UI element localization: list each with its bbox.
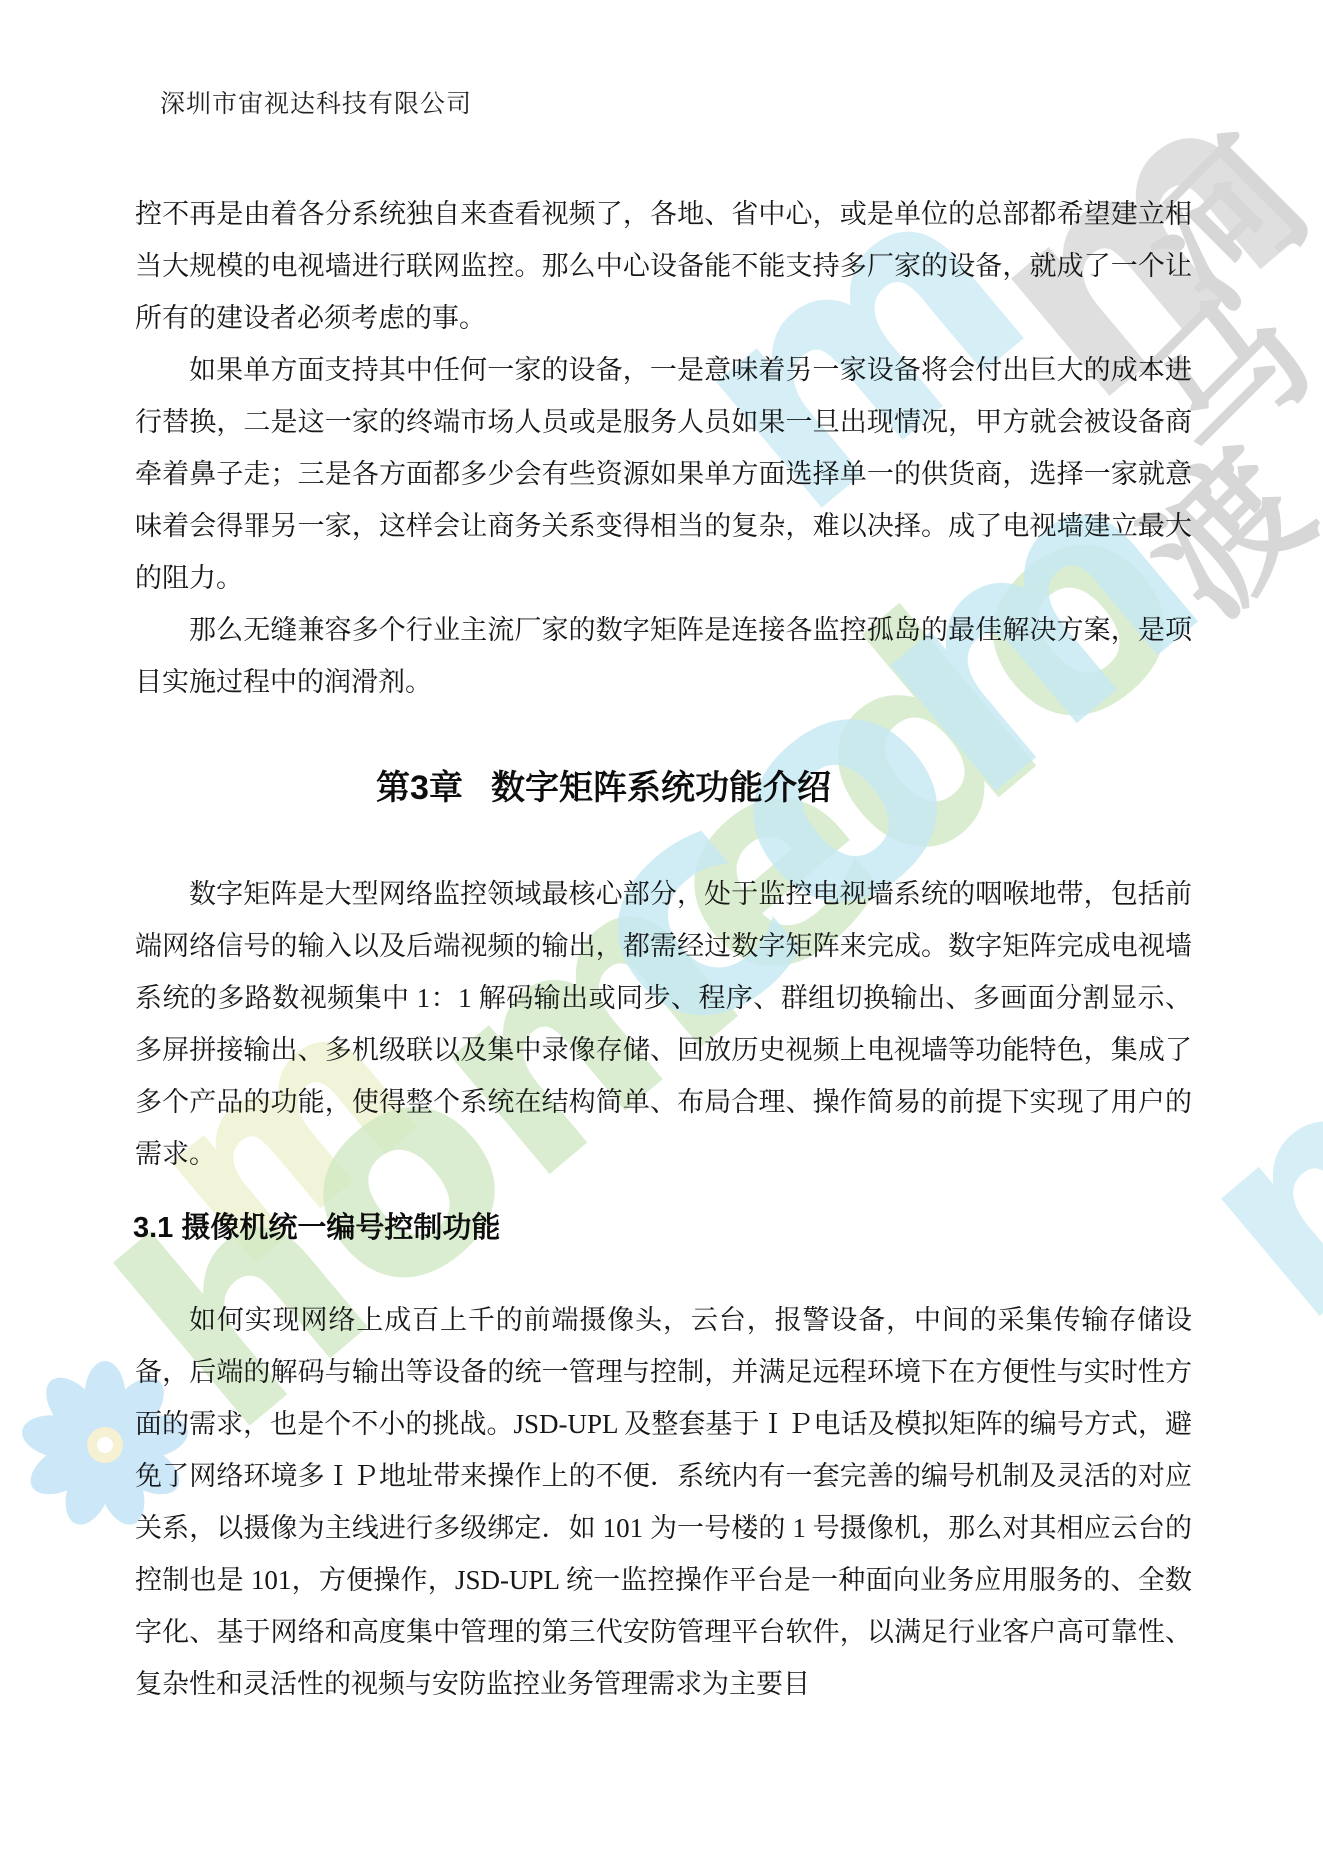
paragraph: 数字矩阵是大型网络监控领域最核心部分，处于监控电视墙系统的咽喉地带，包括前端网络…: [135, 868, 1192, 1180]
paragraph: 如果单方面支持其中任何一家的设备，一是意味着另一家设备将会付出巨大的成本进行替换…: [135, 344, 1192, 604]
paragraph: 那么无缝兼容多个行业主流厂家的数字矩阵是连接各监控孤岛的最佳解决方案，是项目实施…: [135, 604, 1192, 708]
document-page: m homedo com m m m 河 马 渡: [0, 0, 1323, 1871]
paragraph: 控不再是由着各分系统独自来查看视频了，各地、省中心，或是单位的总部都希望建立相当…: [135, 188, 1192, 344]
chapter-heading: 第3章数字矩阵系统功能介绍: [0, 763, 1265, 813]
document-content: 深圳市宙视达科技有限公司 控不再是由着各分系统独自来查看视频了，各地、省中心，或…: [0, 0, 1323, 1871]
section-heading: 3.1 摄像机统一编号控制功能: [133, 1205, 500, 1251]
company-header: 深圳市宙视达科技有限公司: [160, 84, 472, 120]
chapter-title: 数字矩阵系统功能介绍: [491, 769, 831, 807]
chapter-number: 第3章: [376, 769, 463, 807]
paragraph: 如何实现网络上成百上千的前端摄像头，云台，报警设备，中间的采集传输存储设备，后端…: [135, 1294, 1192, 1710]
